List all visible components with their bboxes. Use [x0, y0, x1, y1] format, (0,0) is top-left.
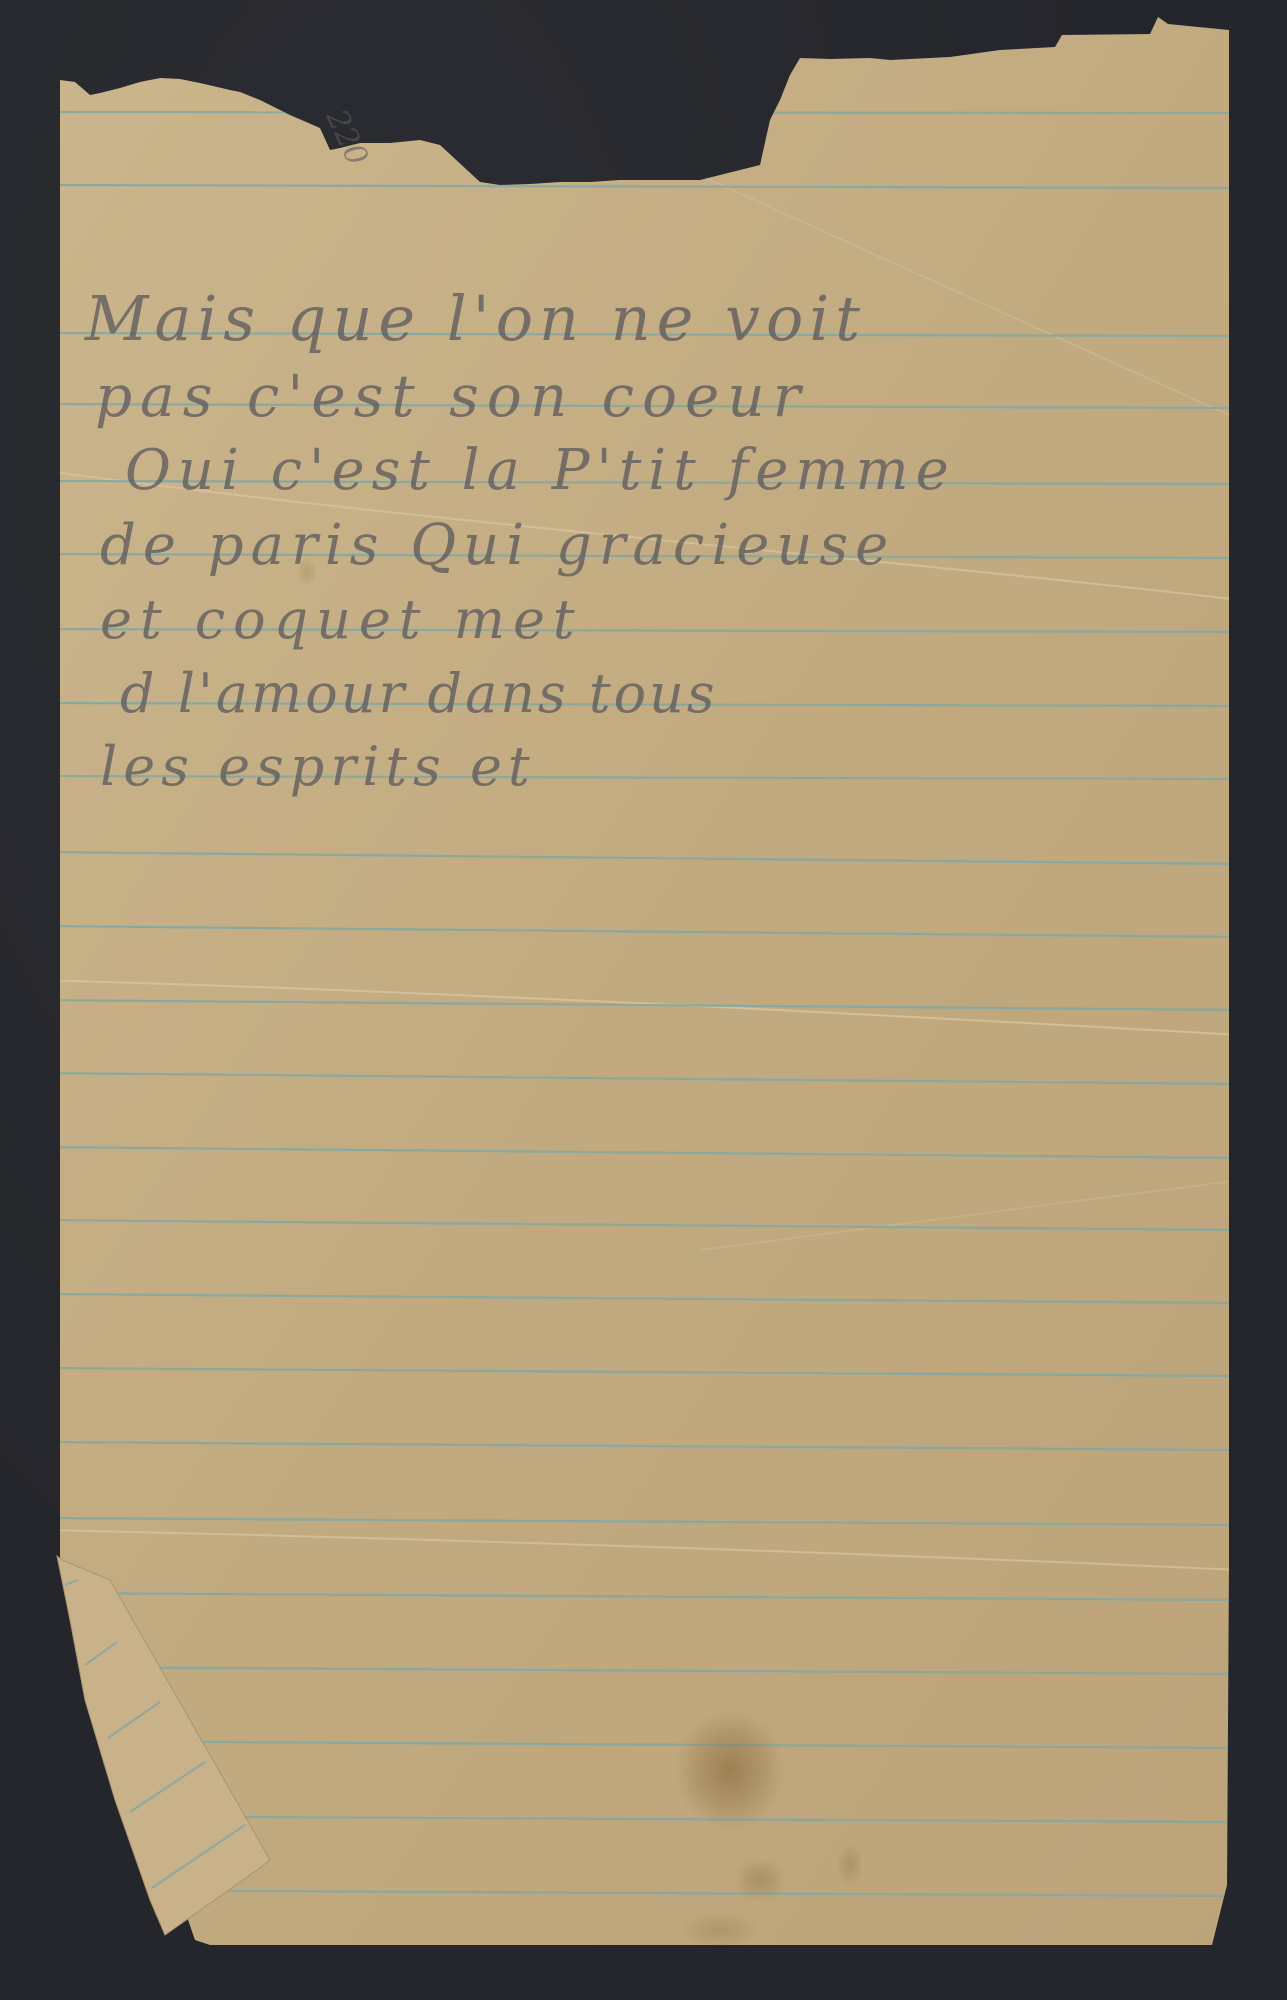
paper-graphic	[0, 0, 1287, 2000]
ruled-paper-sheet	[0, 0, 1287, 2000]
